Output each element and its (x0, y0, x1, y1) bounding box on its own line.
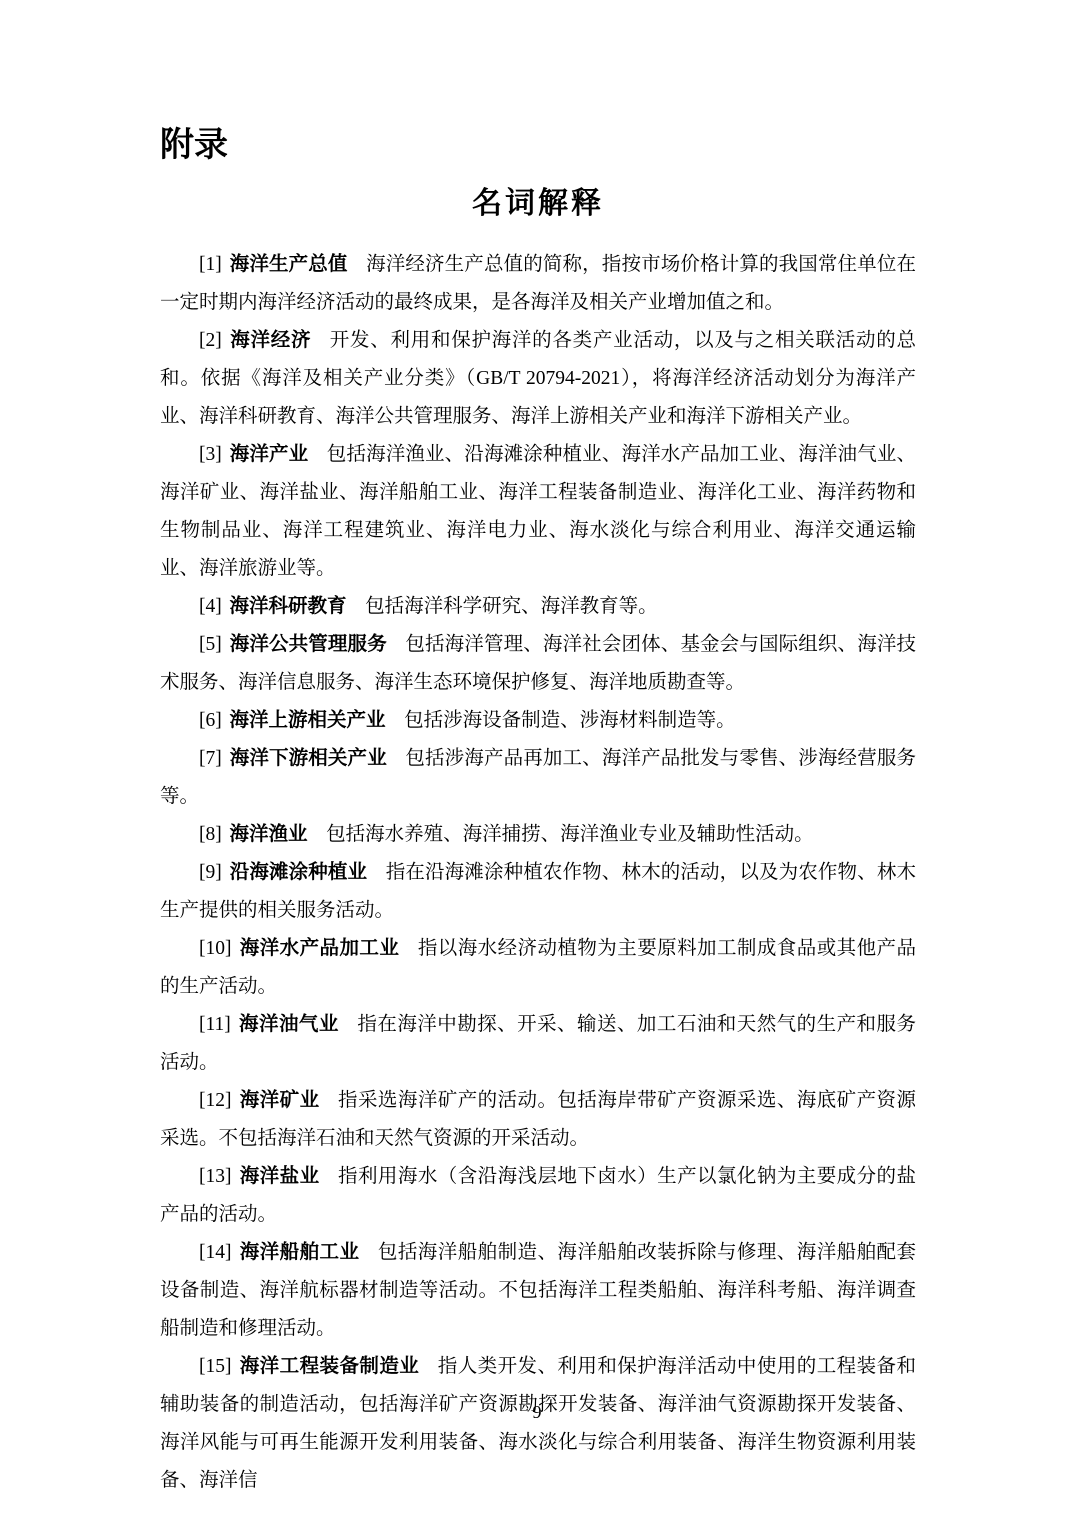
entry-term: 海洋产业 (230, 444, 309, 465)
entry-term: 海洋工程装备制造业 (239, 1356, 419, 1377)
glossary-entry-7: [7]海洋下游相关产业包括涉海产品再加工、海洋产品批发与零售、涉海经营服务等。 (160, 740, 916, 816)
glossary-entry-5: [5]海洋公共管理服务包括海洋管理、海洋社会团体、基金会与国际组织、海洋技术服务… (160, 626, 916, 702)
glossary-entry-2: [2]海洋经济开发、利用和保护海洋的各类产业活动，以及与之相关联活动的总和。依据… (160, 322, 916, 436)
glossary-entry-6: [6]海洋上游相关产业包括涉海设备制造、涉海材料制造等。 (160, 702, 916, 740)
entry-number: [12] (199, 1090, 232, 1111)
entry-number: [9] (199, 862, 222, 883)
entry-term: 海洋渔业 (230, 824, 308, 845)
entry-term: 海洋科研教育 (230, 596, 347, 617)
entry-term: 海洋生产总值 (230, 254, 348, 275)
entry-number: [1] (199, 254, 222, 275)
glossary-entry-11: [11]海洋油气业指在海洋中勘探、开采、输送、加工石油和天然气的生产和服务活动。 (160, 1006, 916, 1082)
entry-number: [13] (199, 1166, 232, 1187)
entry-number: [15] (199, 1356, 232, 1377)
entry-definition: 包括海洋科学研究、海洋教育等。 (365, 596, 658, 617)
entry-term: 海洋船舶工业 (239, 1242, 359, 1263)
entry-term: 海洋公共管理服务 (230, 634, 387, 655)
entry-term: 海洋下游相关产业 (230, 748, 387, 769)
entry-term: 海洋经济 (230, 330, 312, 351)
glossary-entry-13: [13]海洋盐业指利用海水（含沿海浅层地下卤水）生产以氯化钠为主要成分的盐产品的… (160, 1158, 916, 1234)
glossary-entry-15: [15]海洋工程装备制造业指人类开发、利用和保护海洋活动中使用的工程装备和辅助装… (160, 1348, 916, 1500)
entry-number: [7] (199, 748, 222, 769)
entry-definition: 包括海水养殖、海洋捕捞、海洋渔业专业及辅助性活动。 (326, 824, 814, 845)
glossary-entry-8: [8]海洋渔业包括海水养殖、海洋捕捞、海洋渔业专业及辅助性活动。 (160, 816, 916, 854)
appendix-heading: 附录 (160, 126, 916, 166)
entry-term: 海洋矿业 (239, 1090, 319, 1111)
entry-number: [11] (199, 1014, 231, 1035)
glossary-entry-14: [14]海洋船舶工业包括海洋船舶制造、海洋船舶改装拆除与修理、海洋船舶配套设备制… (160, 1234, 916, 1348)
entry-number: [5] (199, 634, 222, 655)
glossary-entry-12: [12]海洋矿业指采选海洋矿产的活动。包括海岸带矿产资源采选、海底矿产资源采选。… (160, 1082, 916, 1158)
glossary-entry-4: [4]海洋科研教育包括海洋科学研究、海洋教育等。 (160, 588, 916, 626)
entry-term: 海洋水产品加工业 (239, 938, 399, 959)
glossary-entry-10: [10]海洋水产品加工业指以海水经济动植物为主要原料加工制成食品或其他产品的生产… (160, 930, 916, 1006)
page-number: 9 (0, 1400, 1074, 1424)
entry-number: [4] (199, 596, 222, 617)
entry-number: [6] (199, 710, 222, 731)
entry-number: [10] (199, 938, 232, 959)
entry-term: 海洋上游相关产业 (230, 710, 386, 731)
entry-number: [2] (199, 330, 222, 351)
entry-number: [8] (199, 824, 222, 845)
entry-definition: 包括涉海设备制造、涉海材料制造等。 (404, 710, 736, 731)
entry-term: 海洋油气业 (239, 1014, 339, 1035)
entry-number: [14] (199, 1242, 232, 1263)
entry-term: 海洋盐业 (239, 1166, 319, 1187)
glossary-entry-1: [1]海洋生产总值海洋经济生产总值的简称，指按市场价格计算的我国常住单位在一定时… (160, 246, 916, 322)
page-content: 附录 名词解释 [1]海洋生产总值海洋经济生产总值的简称，指按市场价格计算的我国… (160, 0, 916, 1500)
entry-number: [3] (199, 444, 222, 465)
glossary-entry-3: [3]海洋产业包括海洋渔业、沿海滩涂种植业、海洋水产品加工业、海洋油气业、海洋矿… (160, 436, 916, 588)
glossary-entries: [1]海洋生产总值海洋经济生产总值的简称，指按市场价格计算的我国常住单位在一定时… (160, 246, 916, 1500)
glossary-entry-9: [9]沿海滩涂种植业指在沿海滩涂种植农作物、林木的活动，以及为农作物、林木生产提… (160, 854, 916, 930)
page-title: 名词解释 (160, 186, 916, 222)
entry-term: 沿海滩涂种植业 (230, 862, 368, 883)
document-page: 附录 名词解释 [1]海洋生产总值海洋经济生产总值的简称，指按市场价格计算的我国… (0, 0, 1074, 1520)
